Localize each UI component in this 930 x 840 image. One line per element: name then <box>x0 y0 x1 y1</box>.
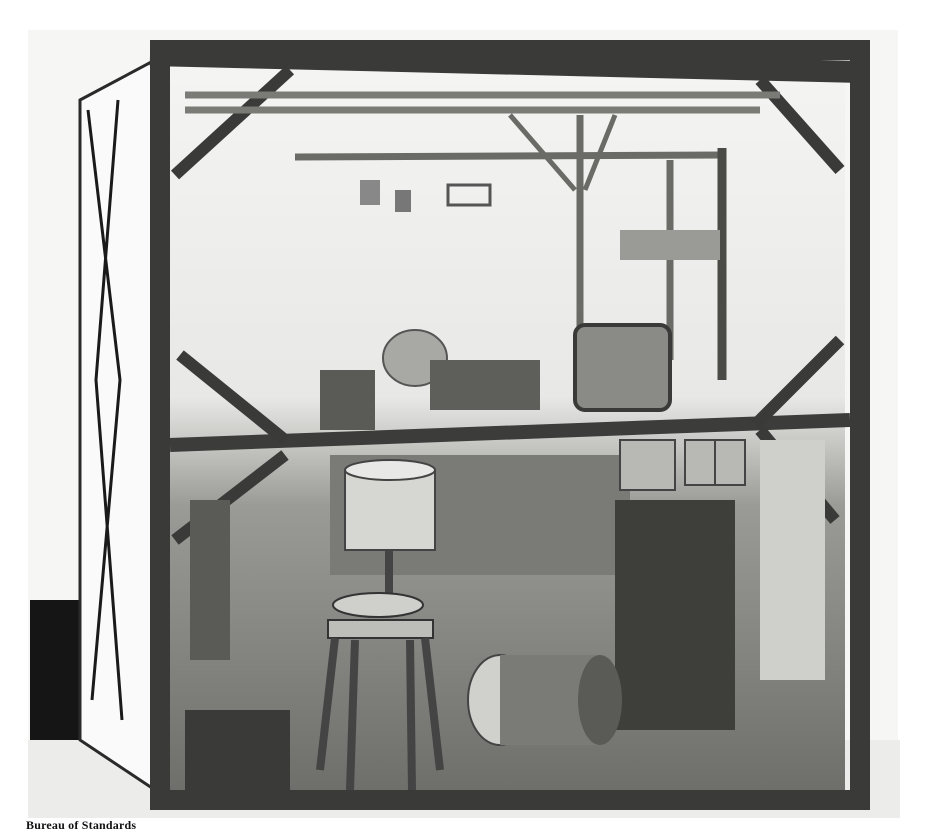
photograph <box>0 0 930 818</box>
stool <box>328 620 433 638</box>
cylinder-lamp <box>345 470 435 550</box>
photo-caption: Bureau of Standards <box>26 818 136 833</box>
